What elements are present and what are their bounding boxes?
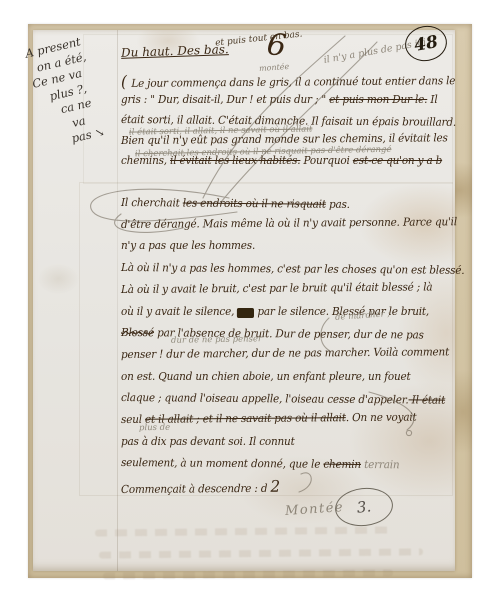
page-number: 48 [413, 32, 440, 56]
ink-text: Le jour commença dans le gris, il a cont… [131, 74, 455, 90]
ink-text: gris : " Dur, disait-il, Dur ! et puis d… [121, 93, 329, 106]
interlinear-pencil-note: dur de ne pas penser [171, 334, 262, 346]
manuscript-line: d'être dérangé. Mais même là où il n'y a… [121, 215, 457, 231]
show-through-ghost-line [103, 569, 393, 579]
ink-text: n'y a pas que les hommes. [121, 239, 255, 252]
ink-text: seulement, à un moment donné, que le [121, 456, 323, 471]
ink-text: pas. [326, 198, 350, 211]
circled-number: 3. [356, 497, 372, 516]
ink-text: Là où il y avait le bruit, c'est par le … [121, 280, 433, 296]
interlinear-pencil-note: plus de [139, 423, 170, 434]
ink-text: Commençait à descendre : d [121, 482, 271, 496]
manuscript-leaf: A presenton a été,Ce ne vaplus ?,ca neva… [33, 30, 455, 571]
struck-text: et il allait ; et il ne savait pas où il… [145, 411, 346, 426]
manuscript-line: penser ! dur de marcher, dur de ne pas m… [121, 345, 449, 361]
ink-text: on est. Quand un chien aboie, un enfant … [121, 370, 411, 383]
ink-text: pas à dix pas devant soi. Il connut [121, 435, 295, 448]
ink-text: où il y avait le silence, [121, 305, 237, 318]
ink-text: d'être dérangé. Mais même là où il n'y a… [121, 215, 457, 231]
manuscript-line: n'y a pas que les hommes. [121, 239, 255, 252]
ink-text: Il cherchait [121, 196, 183, 210]
manuscript-line: ( Le jour commença dans le gris, il a co… [121, 69, 455, 91]
ink-text: claque ; quand l'oiseau appelle, l'oisea… [121, 391, 409, 406]
pencil-correction: terrain [361, 458, 400, 471]
ink-text: 2 [270, 477, 280, 496]
ink-text: ( [121, 72, 132, 91]
album-backing-sheet: A presenton a été,Ce ne vaplus ?,ca neva… [28, 24, 472, 578]
struck-text: Il était [408, 394, 445, 407]
show-through-ghost-line [99, 548, 423, 558]
struck-text: chemin [323, 458, 361, 471]
struck-text: est-ce qu'on y a b [353, 154, 442, 167]
ink-text: Il [427, 93, 437, 106]
ink-text: . On ne voyait [346, 411, 417, 425]
manuscript-line: Là où il y avait le bruit, c'est par le … [121, 280, 433, 296]
ink-text: penser ! dur de marcher, dur de ne pas m… [121, 345, 449, 361]
ink-text: ███ [237, 308, 254, 318]
show-through-ghost-line [95, 526, 395, 536]
manuscript-line: Il cherchait les endroits où il ne risqu… [121, 196, 350, 211]
manuscript-line: Commençait à descendre : d 2 [121, 477, 280, 497]
manuscript-line: on est. Quand un chien aboie, un enfant … [121, 370, 411, 383]
struck-text: et puis mon Dur le. [329, 93, 427, 106]
manuscript-line: Blessé par l'absence de bruit. Dur de pe… [121, 326, 424, 342]
manuscript-line: gris : " Dur, disait-il, Dur ! et puis d… [121, 93, 437, 106]
struck-text: Blessé [121, 326, 154, 339]
manuscript-scan: A presenton a été,Ce ne vaplus ?,ca neva… [0, 0, 486, 599]
manuscript-line: pas à dix pas devant soi. Il connut [121, 435, 295, 448]
struck-text: les endroits où il ne risquait [183, 197, 326, 211]
